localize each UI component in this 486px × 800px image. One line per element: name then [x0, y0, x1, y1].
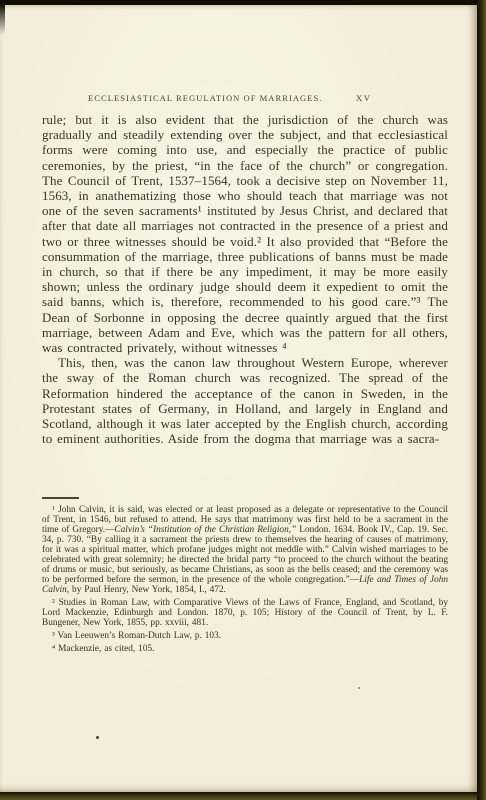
footnote-text: ² Studies in Roman Law, with Comparative…: [42, 598, 448, 628]
page-number: XV: [356, 93, 371, 103]
scan-border-right: [477, 0, 486, 800]
ink-speck: [358, 687, 360, 689]
running-head-title: ECCLESIASTICAL REGULATION OF MARRIAGES.: [88, 93, 322, 103]
footnotes: ¹ John Calvin, it is said, was elected o…: [42, 505, 448, 657]
footnote: ² Studies in Roman Law, with Comparative…: [42, 598, 448, 628]
paragraph: This, then, was the canon law throughout…: [42, 355, 448, 446]
footnote: ⁴ Mackenzie, as cited, 105.: [42, 644, 448, 654]
ink-speck: [96, 736, 99, 739]
running-head: ECCLESIASTICAL REGULATION OF MARRIAGES. …: [0, 93, 477, 107]
book-page: ECCLESIASTICAL REGULATION OF MARRIAGES. …: [0, 5, 477, 792]
footnote: ³ Van Leeuwen’s Roman-Dutch Law, p. 103.: [42, 631, 448, 641]
scanned-book-page: ECCLESIASTICAL REGULATION OF MARRIAGES. …: [0, 0, 486, 800]
footnote-text: ⁴ Mackenzie, as cited, 105.: [52, 644, 154, 654]
footnote-separator: [42, 497, 79, 499]
footnote-text: by Paul Henry, New York, 1854, I., 472.: [69, 585, 226, 595]
scan-border-bottom: [0, 792, 486, 800]
body-text: rule; but it is also evident that the ju…: [42, 112, 448, 446]
paragraph: rule; but it is also evident that the ju…: [42, 112, 448, 355]
scan-shadow-corner: [0, 5, 5, 35]
footnote-cited-title: Calvin’s “Institution of the Christian R…: [114, 525, 296, 535]
footnote-text: ³ Van Leeuwen’s Roman-Dutch Law, p. 103.: [52, 631, 221, 641]
footnote: ¹ John Calvin, it is said, was elected o…: [42, 505, 448, 595]
